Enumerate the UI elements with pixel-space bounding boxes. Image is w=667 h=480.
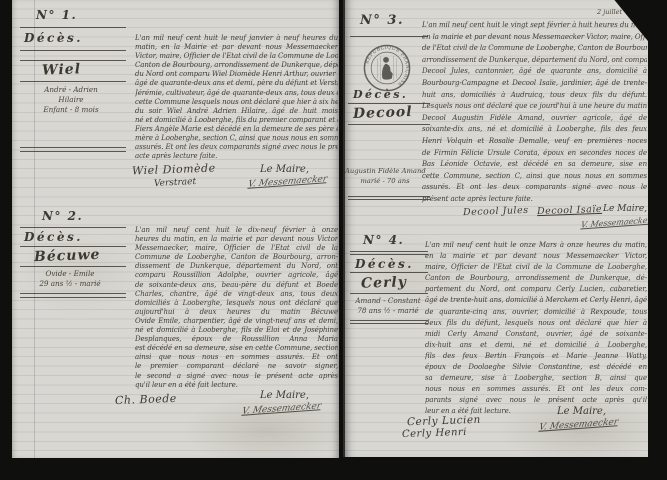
manuscript-line: Lesquels nous ont déclaré que ce jourd'h… — [422, 101, 647, 113]
manuscript-line: Canton de Bourbourg, arrondissement de D… — [135, 61, 338, 70]
witness-signature: Ch. Boede — [115, 392, 177, 407]
manuscript-line: de Firmin Félicie Ursule Corata, époux e… — [422, 148, 647, 160]
category-label: Décès. — [24, 230, 83, 244]
manuscript-line: Desplanques, époux de Roussillion Anna M… — [135, 335, 338, 344]
category-label: Décès. — [353, 88, 408, 101]
manuscript-line: Victor, maire, Officier de l'Etat civil … — [135, 52, 338, 61]
margin-rule — [350, 293, 428, 294]
manuscript-line: le premier comparant déclaré ne savoir s… — [135, 362, 338, 371]
register-page-right: N° 3. RÉPUBLIQUE FRANÇAISE Décès. Decool… — [343, 0, 648, 457]
margin-rule — [350, 320, 428, 321]
manuscript-line: Amand - Constant — [345, 296, 431, 306]
manuscript-line: assurés. Et ont les deux comparants sign… — [135, 143, 338, 152]
manuscript-line: en la mairie et par devant nous Messemae… — [422, 32, 647, 44]
manuscript-line: mère à Looberghe, section C, ainsi que n… — [135, 134, 338, 143]
manuscript-line: époux de Doolaeghe Silvie Constantine, e… — [425, 362, 647, 373]
manuscript-line: midi Cerly Amand Constant, ouvrier, âgé … — [425, 329, 647, 340]
manuscript-line: 29 ans ½ - marié — [12, 279, 128, 289]
manuscript-line: Decool Jules, cantonnier, âgé de quarant… — [422, 66, 647, 78]
manuscript-line: Hilaire — [14, 95, 128, 105]
margin-note: Augustin Fidèle Amandmarié - 70 ans — [345, 167, 425, 186]
manuscript-line: maire, Officier de l'Etat civil de la Co… — [425, 262, 647, 273]
manuscript-line: sa demeure, sise à Looberghe, section B,… — [425, 373, 647, 384]
margin-rule — [350, 323, 428, 324]
manuscript-line: Fiers Angèle Marie est décédé en la deme… — [135, 125, 338, 134]
witness-signature: Verstraet — [154, 177, 197, 189]
deceased-surname: Bécuwe — [34, 247, 101, 265]
manuscript-line: soixante-dix ans, né et domicilié à Loob… — [422, 124, 647, 136]
manuscript-line: deux fils du défunt, lesquels nous ont d… — [425, 318, 647, 329]
margin-rule — [20, 297, 126, 298]
act-body-text: L'an mil neuf cent huit le neuf janvier … — [135, 34, 338, 161]
margin-rule — [350, 251, 428, 252]
manuscript-line: de quarante-cinq ans, ouvrier, domicilié… — [425, 307, 647, 318]
mayor-title: Le Maire, — [557, 406, 606, 417]
manuscript-line: heures du matin, en la mairie et par dev… — [135, 235, 338, 244]
manuscript-line: est décédé en sa demeure, sise en cette … — [135, 344, 338, 353]
margin-rule — [350, 36, 428, 37]
manuscript-line: le second a signé avec nous le présent a… — [135, 372, 338, 381]
manuscript-line: Henri Volquin et Rosalie Demalle, veuf e… — [422, 136, 647, 148]
manuscript-line: fils des feux Bertin François et Marie J… — [425, 351, 647, 362]
manuscript-line: L'an mil neuf cent huit le vingt sept fé… — [422, 20, 647, 32]
margin-rule — [348, 124, 430, 125]
category-label: Décès. — [355, 257, 414, 271]
manuscript-line: nous nous en sommes assurés. Et ont les … — [425, 384, 647, 395]
manuscript-line: André - Adrien — [14, 85, 128, 95]
entry-number: N° 4. — [363, 233, 404, 247]
manuscript-line: marié - 70 ans — [345, 177, 425, 187]
manuscript-line: domiciliés à Looberghe, lesquels nous on… — [135, 299, 338, 308]
fiscal-stamp: RÉPUBLIQUE FRANÇAISE — [362, 44, 412, 92]
deceased-surname: Wiel — [42, 61, 82, 78]
manuscript-line: Augustin Fidèle Amand — [345, 167, 425, 177]
seated-figure-icon — [382, 57, 393, 80]
margin-rule — [20, 27, 126, 28]
margin-rule — [20, 81, 126, 82]
manuscript-line: en la mairie et par devant nous Messemae… — [425, 251, 647, 262]
manuscript-line: dix-huit ans et demi, né et domicilié à … — [425, 340, 647, 351]
entry-number: N° 3. — [360, 13, 404, 28]
act-body-text: L'an mil neuf cent huit le dix-neuf févr… — [135, 226, 338, 390]
manuscript-line: qu'il leur en a été fait lecture. — [135, 381, 338, 390]
manuscript-line: 78 ans ½ - marié — [345, 306, 431, 316]
witness-signature: Cerly Lucien — [407, 414, 481, 429]
manuscript-line: ainsi que nous nous en sommes assurés. E… — [135, 353, 338, 362]
mayor-signature: V. Messemaecker — [241, 401, 322, 417]
manuscript-line: Charles, chantre, âgé de vingt-deux ans,… — [135, 290, 338, 299]
manuscript-line: huit ans, domiciliés à Audruicq, tous de… — [422, 90, 647, 102]
act-body-text: L'an mil neuf cent huit le vingt sept fé… — [422, 20, 647, 206]
margin-rule — [350, 254, 428, 255]
margin-rule — [20, 151, 126, 152]
manuscript-line: Ovide - Emile — [12, 269, 128, 279]
manuscript-line: Enfant - 8 mois — [14, 105, 128, 115]
margin-rule — [350, 272, 428, 273]
manuscript-line: dissement de Dunkerque, département du N… — [135, 262, 338, 271]
mayor-title: Le Maire, — [603, 204, 647, 214]
act-body-text: L'an mil neuf cent huit le onze Mars à o… — [425, 240, 647, 418]
manuscript-line: du Nord ont comparu Wiel Diomède Henri A… — [135, 70, 338, 79]
margin-rule — [20, 227, 126, 228]
manuscript-line: matin, en la Mairie et par devant nous M… — [135, 43, 338, 52]
manuscript-line: Commune de Looberghe, Canton de Bourbour… — [135, 253, 338, 262]
manuscript-line: assurés. Et ont les deux comparants sign… — [422, 182, 647, 194]
manuscript-line: comparu Roussillion Adolphe, ouvrier agr… — [135, 271, 338, 280]
manuscript-line: aujourd'hui à deux heures du matin Bécuw… — [135, 308, 338, 317]
manuscript-line: né et domicilié à Looberghe, fils du pre… — [135, 116, 338, 125]
manuscript-line: partement du Nord, ont comparu Cerly Luc… — [425, 284, 647, 295]
margin-detail-lines: Amand - Constant78 ans ½ - marié — [345, 296, 431, 316]
margin-detail-lines: André - AdrienHilaireEnfant - 8 mois — [14, 85, 128, 115]
mayor-title: Le Maire, — [260, 390, 309, 401]
margin-rule — [348, 196, 430, 197]
deceased-surname: Decool — [353, 104, 413, 122]
margin-rule — [20, 293, 126, 294]
manuscript-line: Messemaecker, maire, Officier de l'Etat … — [135, 244, 338, 253]
entry-number: N° 1. — [36, 8, 77, 22]
margin-rule — [20, 147, 126, 148]
deceased-surname: Cerly — [361, 274, 407, 292]
margin-rule — [20, 50, 126, 51]
margin-rule — [348, 199, 430, 200]
manuscript-line: âgé de trente-huit ans, domicilié à Merc… — [425, 295, 647, 306]
manuscript-line: Bas Léonide Octavie, est décédé en sa de… — [422, 159, 647, 171]
margin-vertical-rule — [34, 0, 35, 458]
manuscript-line: de l'Etat civil de la Commune de Looberg… — [422, 43, 647, 55]
witness-signature: Decool Isaïe — [537, 204, 602, 217]
manuscript-line: acte après lecture faite. — [135, 152, 338, 161]
manuscript-line: né et domicilié à Looberghe, fils de Élo… — [135, 326, 338, 335]
manuscript-line: âgé de quarante-deux ans et demi, père d… — [135, 79, 338, 88]
witness-signature: Wiel Diomède — [132, 162, 216, 178]
manuscript-line: Ovide Emile, charpentier, âgé de vingt-n… — [135, 317, 338, 326]
manuscript-line: Jérémie, cultivateur, âgé de quarante-de… — [135, 89, 338, 98]
manuscript-line: parants signé avec nous le présent acte … — [425, 395, 647, 406]
margin-rule — [20, 266, 126, 267]
margin-detail-lines: Ovide - Emile29 ans ½ - marié — [12, 269, 128, 289]
interlinear-note: 2 juillet — [597, 8, 622, 16]
mayor-signature: V. Messemaecker — [538, 417, 619, 433]
manuscript-line: Bourbourg-Campagne et Decool Isaïe, jard… — [422, 78, 647, 90]
manuscript-line: cette Commune, section C, ainsi que nous… — [422, 171, 647, 183]
manuscript-line: L'an mil neuf cent huit le dix-neuf févr… — [135, 226, 338, 235]
manuscript-line: arrondissement de Dunkerque, département… — [422, 55, 647, 67]
manuscript-line: cette Commune lesquels nous ont déclaré … — [135, 98, 338, 107]
manuscript-line: Decool Augustin Fidèle Amand, ouvrier ag… — [422, 113, 647, 125]
manuscript-line: L'an mil neuf cent huit le onze Mars à o… — [425, 240, 647, 251]
witness-signature: Decool Jules — [463, 205, 529, 218]
manuscript-line: du soir Wiel André Adrien Hilaire, âgé d… — [135, 107, 338, 116]
mayor-signature: V. Messemaecker — [247, 174, 328, 190]
entry-number: N° 2. — [42, 209, 83, 223]
manuscript-line: Canton de Bourbourg, arrondissement de D… — [425, 273, 647, 284]
manuscript-line: L'an mil neuf cent huit le neuf janvier … — [135, 34, 338, 43]
category-label: Décès. — [24, 31, 83, 45]
register-page-left: N° 1. Décès. Wiel André - AdrienHilaireE… — [12, 0, 339, 458]
mayor-title: Le Maire, — [260, 164, 309, 175]
mayor-signature: V. Messemaecker — [580, 215, 652, 229]
witness-signature: Cerly Henri — [402, 427, 467, 440]
manuscript-line: de soixante-deux ans, beau-père du défun… — [135, 281, 338, 290]
